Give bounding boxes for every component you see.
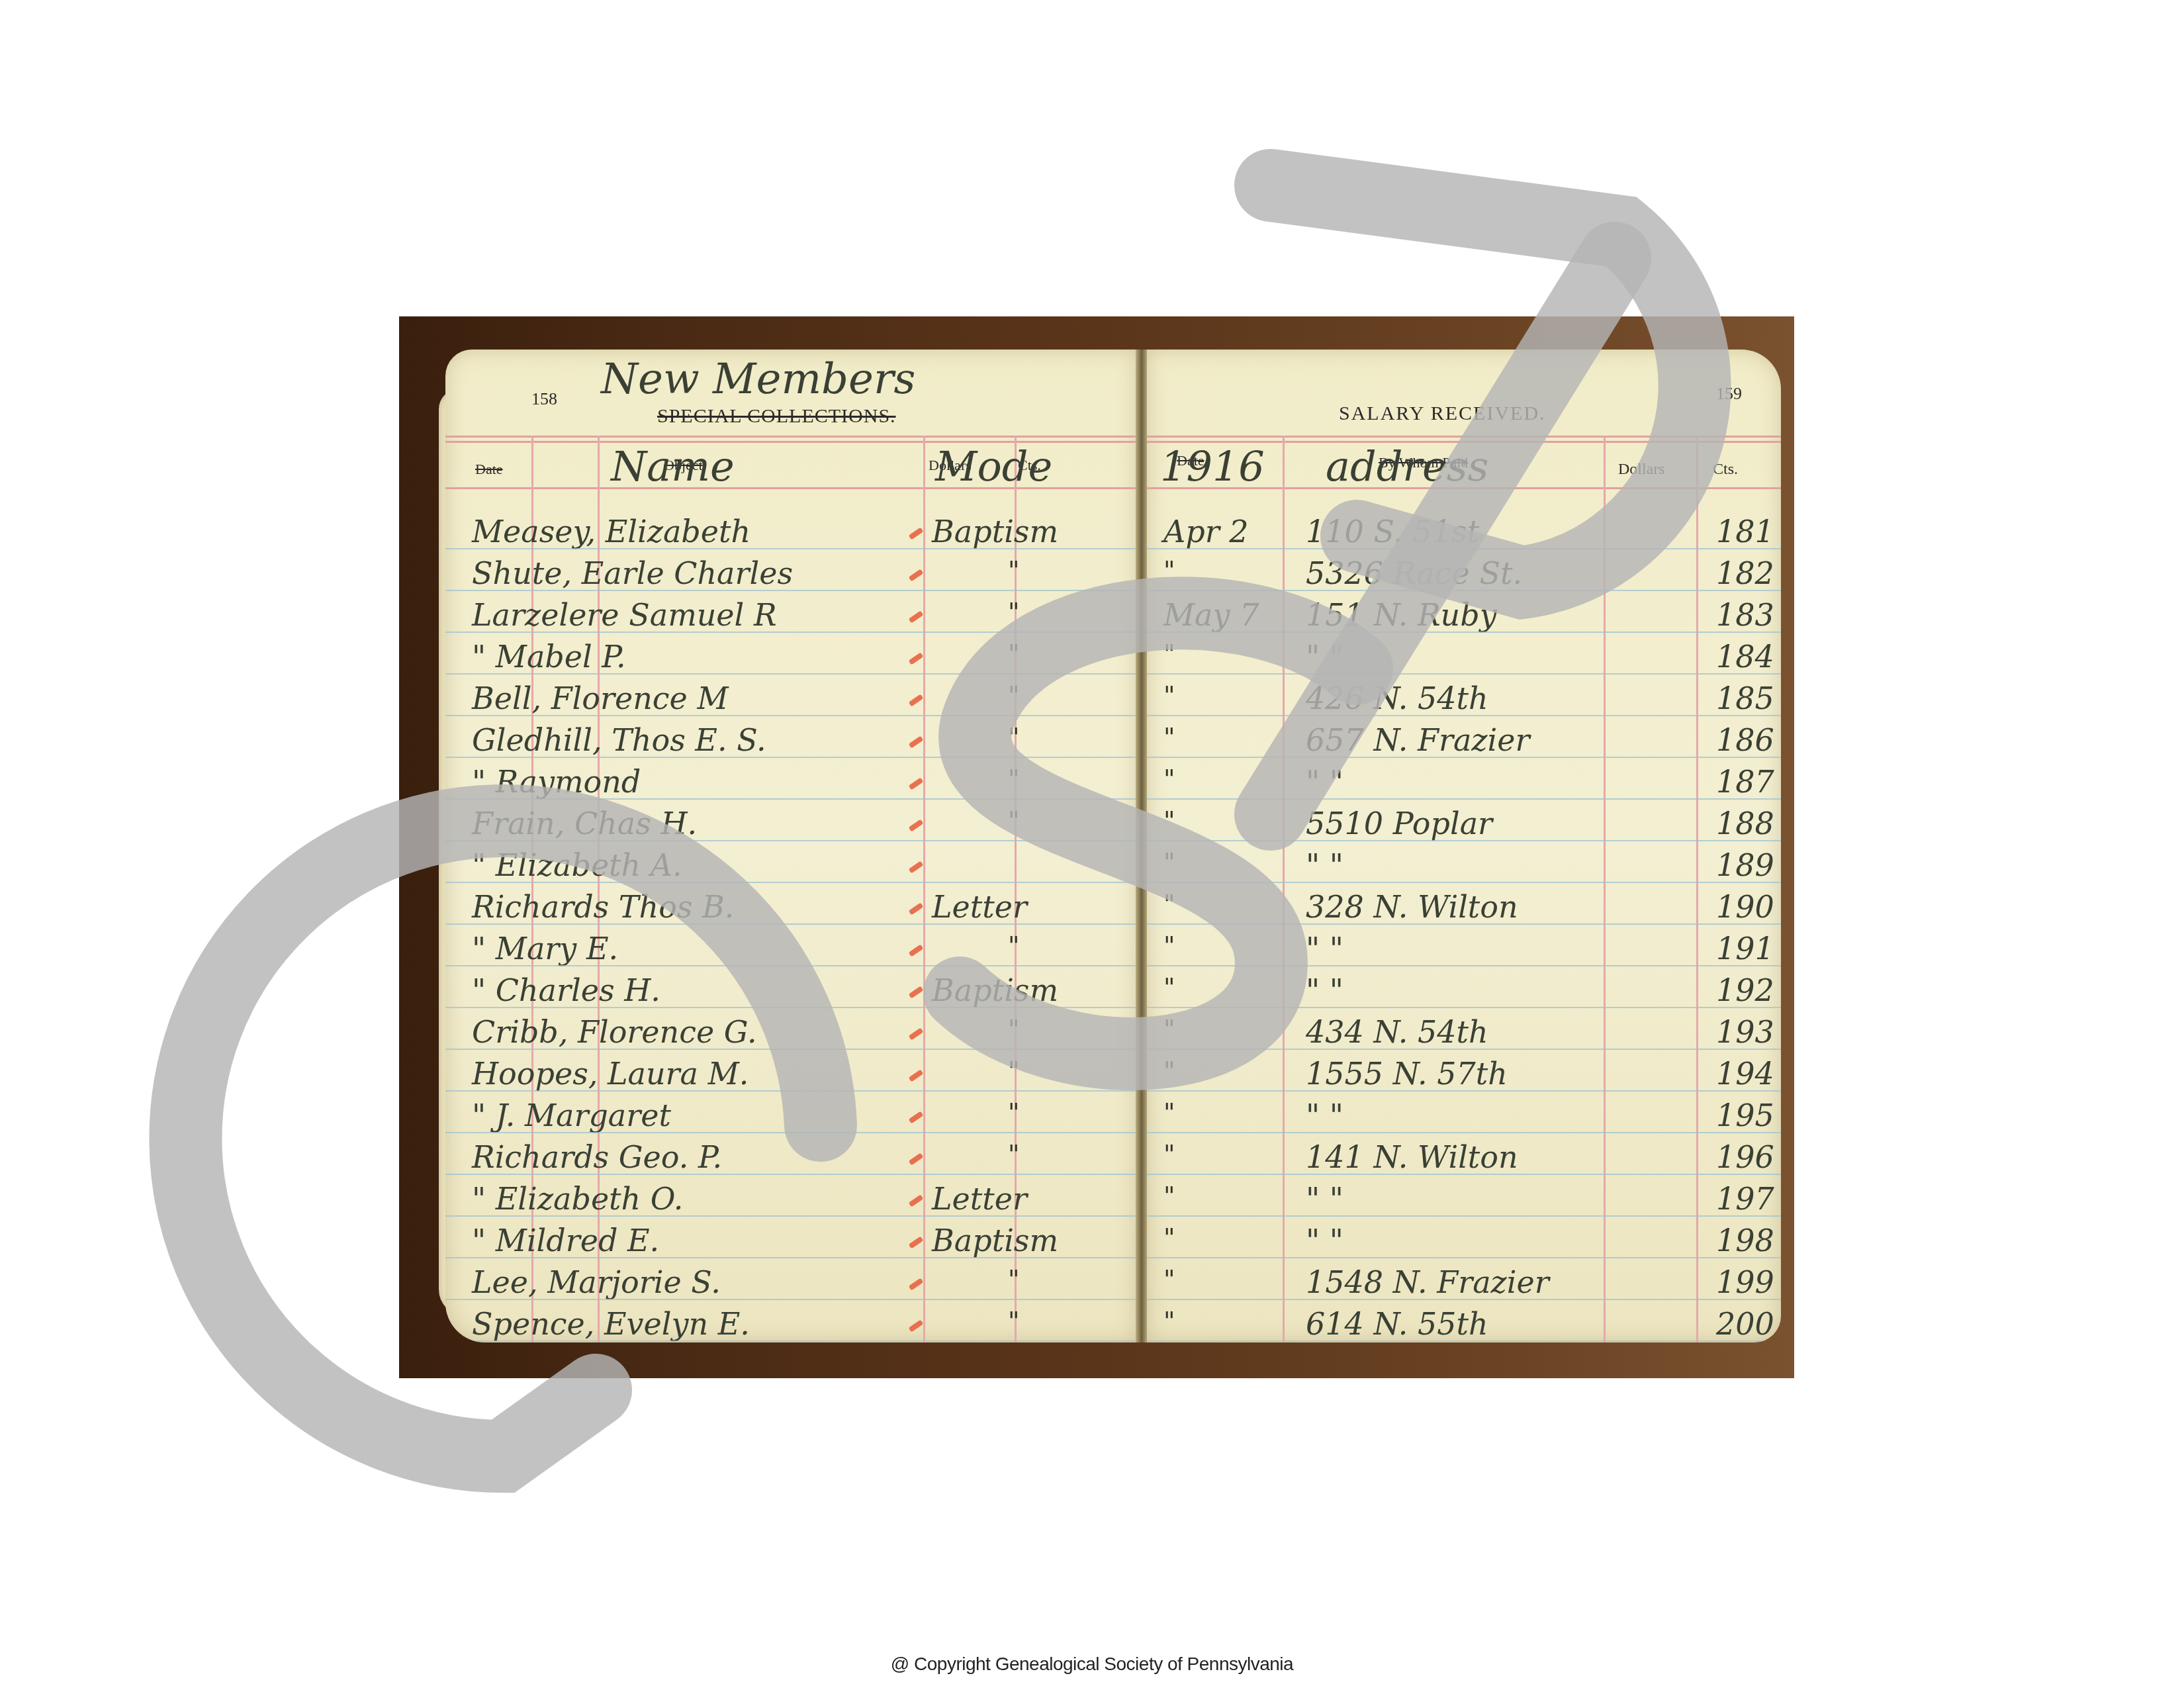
member-number: 184 [1716,639,1774,675]
member-address: 110 S. 51st [1306,514,1479,549]
membership-mode: " [1008,806,1019,835]
member-name: Hoopes, Laura M. [472,1056,749,1092]
membership-mode: " [1008,931,1019,960]
red-check-mark [909,986,924,998]
entry-date: " [1163,972,1175,1002]
member-name: Lee, Marjorie S. [472,1264,721,1300]
membership-mode: " [1008,1014,1019,1043]
entry-date: " [1163,1014,1175,1043]
entry-date: " [1163,555,1175,585]
red-check-mark [909,1319,924,1332]
member-address: " " [1306,1181,1343,1217]
red-check-mark [909,819,924,831]
membership-mode: " [1008,1098,1019,1127]
member-name: Gledhill, Thos E. S. [472,722,766,758]
member-address: 1548 N. Frazier [1306,1264,1549,1300]
entry-date: " [1163,764,1175,793]
header-cents-right: Cts. [1713,461,1738,479]
page-number-right: 159 [1716,384,1742,404]
entry-date: " [1163,1306,1175,1335]
membership-mode: Letter [932,1181,1027,1217]
membership-mode: " [1008,1139,1019,1168]
member-name: " Mary E. [472,931,618,966]
entry-date: Apr 2 [1163,514,1249,549]
member-address: 426 N. 54th [1306,680,1488,716]
member-address: 614 N. 55th [1306,1306,1488,1342]
member-name: " Elizabeth O. [472,1181,683,1217]
member-number: 181 [1716,514,1774,549]
member-address: 328 N. Wilton [1306,889,1518,925]
membership-mode: " [1008,1306,1019,1335]
right-ledger-page: 159 SALARY RECEIVED. Date By Whom Paid D… [1147,350,1781,1342]
member-name: " Mabel P. [472,639,626,675]
member-number: 197 [1716,1181,1774,1217]
member-address: " " [1306,847,1343,883]
entry-date: " [1163,1056,1175,1085]
red-check-mark [909,1111,924,1123]
handwritten-header-mode: Mode [935,442,1052,491]
entry-date: " [1163,1223,1175,1252]
membership-mode: " [1008,639,1019,668]
left-ledger-page: 158 New Members SPECIAL COLLECTIONS. Dat… [445,350,1137,1342]
member-address: 5510 Poplar [1306,806,1492,841]
red-check-mark [909,1027,924,1040]
membership-mode: " [1008,680,1019,710]
red-check-mark [909,735,924,748]
member-address: " " [1306,1223,1343,1258]
red-check-mark [909,610,924,623]
red-check-mark [909,777,924,790]
member-name: Spence, Evelyn E. [472,1306,750,1342]
red-check-mark [909,944,924,957]
member-number: 195 [1716,1098,1774,1133]
member-name: Richards Geo. P. [472,1139,722,1175]
member-number: 196 [1716,1139,1774,1175]
printed-page-title: SPECIAL COLLECTIONS. [657,405,896,428]
handwritten-year: 1916 [1160,442,1265,491]
entry-date: " [1163,639,1175,668]
member-name: Shute, Earle Charles [472,555,793,591]
membership-mode: " [1008,722,1019,751]
entry-date: " [1163,1098,1175,1127]
member-number: 185 [1716,680,1774,716]
member-number: 194 [1716,1056,1774,1092]
member-address: " " [1306,764,1343,800]
entry-date: " [1163,722,1175,751]
member-number: 189 [1716,847,1774,883]
member-number: 187 [1716,764,1774,800]
membership-mode: " [1008,764,1019,793]
member-address: 1555 N. 57th [1306,1056,1508,1092]
member-name: " Raymond [472,764,641,800]
red-check-mark [909,652,924,665]
member-name: Larzelere Samuel R [472,597,777,633]
membership-mode: " [1008,555,1019,585]
entry-date: " [1163,889,1175,918]
member-name: " Mildred E. [472,1223,659,1258]
printed-page-title-right: SALARY RECEIVED. [1339,402,1546,425]
member-number: 190 [1716,889,1774,925]
member-address: " " [1306,972,1343,1008]
member-name: Frain, Chas H. [472,806,697,841]
entry-date: " [1163,806,1175,835]
red-check-mark [909,1152,924,1165]
entry-date: " [1163,1139,1175,1168]
header-dollars-right: Dollars [1618,461,1665,479]
entry-date: " [1163,847,1175,876]
member-address: 151 N. Ruby [1306,597,1497,633]
member-address: " " [1306,1098,1343,1133]
handwritten-header-name: Name [611,442,735,491]
member-number: 182 [1716,555,1774,591]
red-check-mark [909,861,924,873]
member-name: Richards Thos B. [472,889,734,925]
handwritten-page-title: New Members [601,355,915,404]
member-number: 199 [1716,1264,1774,1300]
membership-mode: " [1008,597,1019,626]
member-number: 200 [1716,1306,1774,1342]
member-address: 434 N. 54th [1306,1014,1488,1050]
membership-mode: " [1008,1056,1019,1085]
member-name: Cribb, Florence G. [472,1014,757,1050]
red-check-mark [909,569,924,581]
member-address: " " [1306,931,1343,966]
member-number: 198 [1716,1223,1774,1258]
member-name: Bell, Florence M [472,680,729,716]
member-name: " J. Margaret [472,1098,671,1133]
entry-date: " [1163,931,1175,960]
member-number: 193 [1716,1014,1774,1050]
membership-mode: Baptism [932,1223,1058,1258]
member-address: 5326 Race St. [1306,555,1522,591]
red-check-mark [909,527,924,539]
membership-mode: Baptism [932,514,1058,549]
copyright-footer: @ Copyright Genealogical Society of Penn… [0,1654,2184,1675]
member-address: " " [1306,639,1343,675]
handwritten-header-address: address [1326,442,1488,491]
membership-mode: " [1008,1264,1019,1293]
membership-mode: Baptism [932,972,1058,1008]
red-check-mark [909,694,924,706]
red-check-mark [909,1194,924,1207]
ledger-photograph: 158 New Members SPECIAL COLLECTIONS. Dat… [399,316,1794,1378]
entry-date: " [1163,680,1175,710]
membership-mode: Letter [932,889,1027,925]
member-name: " Charles H. [472,972,660,1008]
member-number: 183 [1716,597,1774,633]
member-address: 141 N. Wilton [1306,1139,1518,1175]
red-check-mark [909,902,924,915]
member-address: 657 N. Frazier [1306,722,1529,758]
member-number: 191 [1716,931,1774,966]
member-number: 186 [1716,722,1774,758]
red-check-mark [909,1069,924,1082]
entry-date: May 7 [1163,597,1259,633]
entry-date: " [1163,1181,1175,1210]
book-gutter [1136,350,1148,1342]
member-name: " Elizabeth A. [472,847,682,883]
header-date-struck: Date [475,461,503,478]
page-number-left: 158 [531,389,557,409]
red-check-mark [909,1278,924,1290]
entry-date: " [1163,1264,1175,1293]
member-number: 192 [1716,972,1774,1008]
member-name: Measey, Elizabeth [472,514,751,549]
red-check-mark [909,1236,924,1248]
member-number: 188 [1716,806,1774,841]
